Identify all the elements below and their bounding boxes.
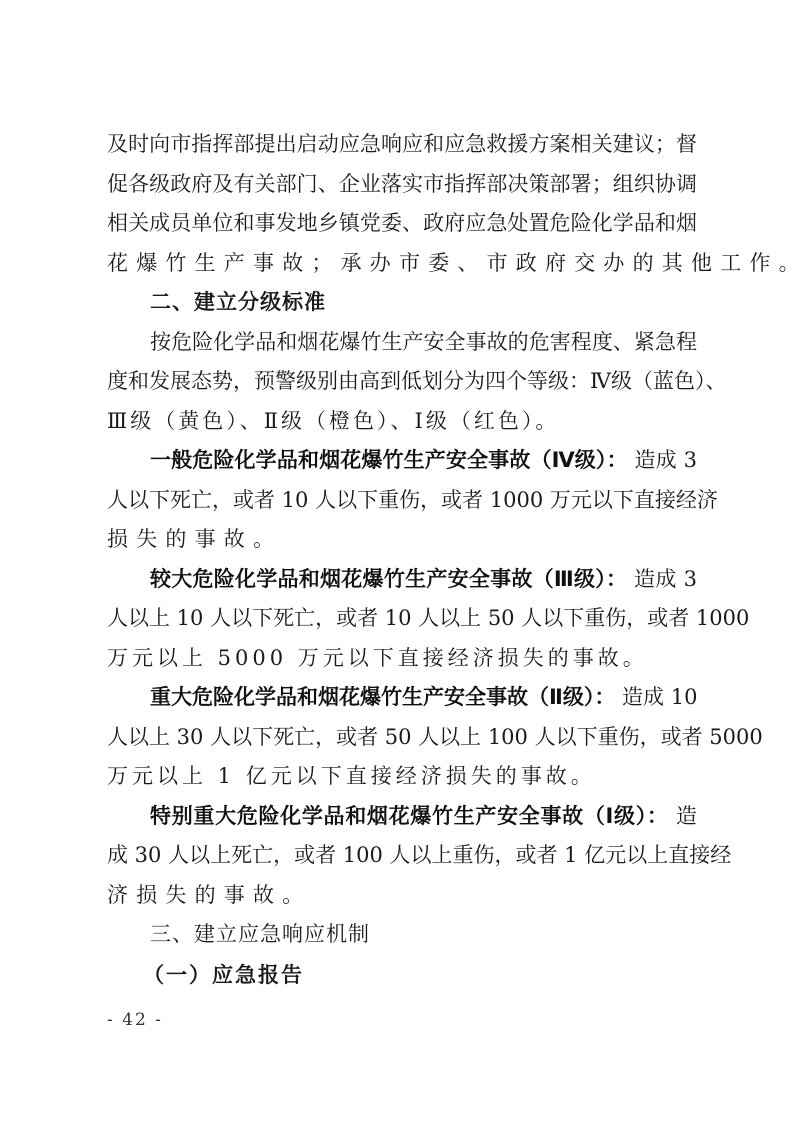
paragraph-line: 万元以上 5000 万元以下直接经济损失的事故。 [107, 639, 697, 679]
level-i-title: 特别重大危险化学品和烟花爆竹生产安全事故（Ⅰ级）： [150, 804, 669, 828]
section-heading-2: 二、建立分级标准 [107, 283, 697, 323]
paragraph-line: 万元以上 1 亿元以下直接经济损失的事故。 [107, 757, 697, 797]
level-iv-heading-line: 一般危险化学品和烟花爆竹生产安全事故（Ⅳ级）： 造成 3 [107, 441, 697, 481]
level-iv-text: 造成 3 [635, 448, 697, 472]
paragraph-line: 相关成员单位和事发地乡镇党委、政府应急处置危险化学品和烟 [107, 204, 697, 244]
paragraph-line: 成 30 人以上死亡，或者 100 人以上重伤，或者 1 亿元以上直接经 [107, 836, 697, 876]
paragraph-line: Ⅲ级（黄色）、Ⅱ级（橙色）、Ⅰ级（红色）。 [107, 402, 697, 442]
paragraph-line: 人以下死亡，或者 10 人以下重伤，或者 1000 万元以下直接经济 [107, 481, 697, 521]
paragraph-line: 促各级政府及有关部门、企业落实市指挥部决策部署；组织协调 [107, 165, 697, 205]
level-iii-title: 较大危险化学品和烟花爆竹生产安全事故（Ⅲ级）： [150, 567, 627, 591]
level-ii-text: 造成 10 [622, 685, 697, 709]
level-ii-title: 重大危险化学品和烟花爆竹生产安全事故（Ⅱ级）： [150, 685, 615, 709]
section-heading-3: 三、建立应急响应机制 [107, 915, 697, 955]
paragraph-line: 人以上 30 人以下死亡，或者 50 人以上 100 人以下重伤，或者 5000 [107, 718, 697, 758]
level-iv-title: 一般危险化学品和烟花爆竹生产安全事故（Ⅳ级）： [150, 448, 628, 472]
paragraph-line: 人以上 10 人以下死亡，或者 10 人以上 50 人以下重伤，或者 1000 [107, 599, 697, 639]
document-page: 及时向市指挥部提出启动应急响应和应急救援方案相关建议；督 促各级政府及有关部门、… [107, 125, 697, 994]
paragraph-line: 及时向市指挥部提出启动应急响应和应急救援方案相关建议；督 [107, 125, 697, 165]
level-iii-heading-line: 较大危险化学品和烟花爆竹生产安全事故（Ⅲ级）： 造成 3 [107, 560, 697, 600]
paragraph-line: 济损失的事故。 [107, 876, 697, 916]
level-iii-text: 造成 3 [634, 567, 697, 591]
paragraph-line: 度和发展态势，预警级别由高到低划分为四个等级：Ⅳ级（蓝色）、 [107, 362, 697, 402]
paragraph-line: 按危险化学品和烟花爆竹生产安全事故的危害程度、紧急程 [107, 323, 697, 363]
level-i-text: 造 [676, 804, 697, 828]
level-i-heading-line: 特别重大危险化学品和烟花爆竹生产安全事故（Ⅰ级）： 造 [107, 797, 697, 837]
paragraph-line: 花爆竹生产事故；承办市委、市政府交办的其他工作。 [107, 244, 697, 284]
subsection-heading-3-1: （一）应急报告 [107, 955, 697, 995]
level-ii-heading-line: 重大危险化学品和烟花爆竹生产安全事故（Ⅱ级）： 造成 10 [107, 678, 697, 718]
page-number: - 42 - [107, 1010, 163, 1030]
paragraph-line: 损失的事故。 [107, 520, 697, 560]
